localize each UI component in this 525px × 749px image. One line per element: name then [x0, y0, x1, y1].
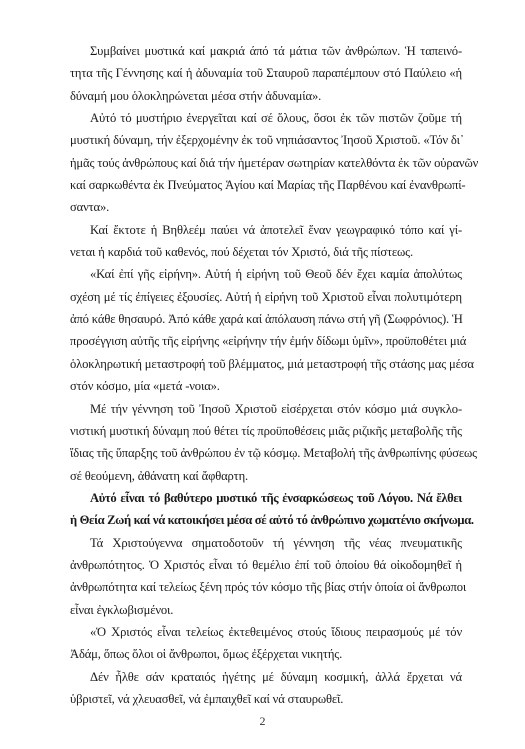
paragraph: Συμβαίνει μυστικά καί μακριά άπό τά μάτι…	[70, 40, 462, 107]
text-line: μυστική δύναμη, τήν ἐξερχομένην ἐκ τοῦ ν…	[70, 129, 462, 151]
text-line: ἀνθρωπότητα καί τελείως ξένη πρός τόν κό…	[70, 576, 462, 598]
paragraph: Καί ἔκτοτε ἡ Βηθλεέμ παύει νά ἀποτελεῖ ἕ…	[70, 219, 462, 264]
text-line: εἶναι ἐγκλωβισμένοι.	[70, 599, 462, 621]
text-line: τητα τῆς Γέννησης καί ἡ ἀδυναμία τοῦ Στα…	[70, 62, 462, 84]
text-line: ὁλοκληρωτική μεταστροφή τοῦ βλέμματος, μ…	[70, 353, 462, 375]
body-text: Συμβαίνει μυστικά καί μακριά άπό τά μάτι…	[70, 40, 462, 710]
text-line: Συμβαίνει μυστικά καί μακριά άπό τά μάτι…	[70, 40, 462, 62]
text-line: Καί ἔκτοτε ἡ Βηθλεέμ παύει νά ἀποτελεῖ ἕ…	[70, 219, 462, 241]
page-number: 2	[0, 714, 525, 729]
text-line: δύναμή μου ὁλοκληρώνεται μέσα στήν ἀδυνα…	[70, 85, 462, 107]
text-line: καί σαρκωθέντα ἐκ Πνεύματος Ἁγίου καί Μα…	[70, 174, 462, 196]
bold-paragraph: Αὐτό εἶναι τό βαθύτερο μυστικό τῆς ἐνσαρ…	[70, 487, 462, 532]
paragraph: Μέ τήν γέννηση τοῦ Ἰησοῦ Χριστοῦ εἰσέρχε…	[70, 398, 462, 487]
text-line: ἀνθρωπότητος. Ὁ Χριστός εἶναι τό θεμέλιο…	[70, 554, 462, 576]
document-page: Συμβαίνει μυστικά καί μακριά άπό τά μάτι…	[0, 0, 525, 749]
text-line: Δέν ἦλθε σάν κραταιός ἡγέτης μέ δύναμη κ…	[70, 666, 462, 688]
text-line: Μέ τήν γέννηση τοῦ Ἰησοῦ Χριστοῦ εἰσέρχε…	[70, 398, 462, 420]
text-line: Αὐτό τό μυστήριο ἐνεργεῖται καί σέ ὅλους…	[70, 107, 462, 129]
text-line: ἴδιας τῆς ὕπαρξης τοῦ ἀνθρώπου ἐν τῷ κόσ…	[70, 442, 462, 464]
text-line: σχέση μέ τίς ἐπίγειες ἐξουσίες. Αὐτή ἡ ε…	[70, 286, 462, 308]
paragraph: Αὐτό τό μυστήριο ἐνεργεῖται καί σέ ὅλους…	[70, 107, 462, 219]
text-line: ὑβριστεῖ, νά χλευασθεῖ, νά ἐμπαιχθεῖ καί…	[70, 688, 462, 710]
text-line: σαντα».	[70, 196, 462, 218]
text-line: σέ θεούμενη, ἀθάνατη καί ἄφθαρτη.	[70, 465, 462, 487]
text-line: νιστική μυστική δύναμη πού θέτει τίς προ…	[70, 420, 462, 442]
paragraph: Δέν ἦλθε σάν κραταιός ἡγέτης μέ δύναμη κ…	[70, 666, 462, 711]
paragraph: «Ὁ Χριστός εἶναι τελείως ἐκτεθειμένος στ…	[70, 621, 462, 666]
text-line: «Ὁ Χριστός εἶναι τελείως ἐκτεθειμένος στ…	[70, 621, 462, 643]
text-line: ἀπό κάθε θησαυρό. Ἀπό κάθε χαρά καί ἀπόλ…	[70, 308, 462, 330]
text-line: στόν κόσμο, μία «μετά -νοια».	[70, 375, 462, 397]
text-line: Τά Χριστούγεννα σηματοδοτοῦν τή γέννηση …	[70, 532, 462, 554]
text-line: ἡ Θεία Ζωή καί νά κατοικήσει μέσα σέ αὐτ…	[70, 509, 462, 531]
paragraph: «Καί ἐπί γῆς εἰρήνη». Αὐτή ἡ εἰρήνη τοῦ …	[70, 263, 462, 397]
text-line: «Καί ἐπί γῆς εἰρήνη». Αὐτή ἡ εἰρήνη τοῦ …	[70, 263, 462, 285]
text-line: Αὐτό εἶναι τό βαθύτερο μυστικό τῆς ἐνσαρ…	[70, 487, 462, 509]
paragraph: Τά Χριστούγεννα σηματοδοτοῦν τή γέννηση …	[70, 532, 462, 621]
text-line: προσέγγιση αὐτῆς τῆς εἰρήνης «εἰρήνην τή…	[70, 330, 462, 352]
text-line: νεται ἡ καρδιά τοῦ καθενός, πού δέχεται …	[70, 241, 462, 263]
text-line: Ἀδάμ, ὅπως ὅλοι οἱ ἄνθρωποι, ὅμως ἐξέρχε…	[70, 643, 462, 665]
text-line: ἡμᾶς τούς ἀνθρώπους καί διά τήν ἡμετέραν…	[70, 152, 462, 174]
